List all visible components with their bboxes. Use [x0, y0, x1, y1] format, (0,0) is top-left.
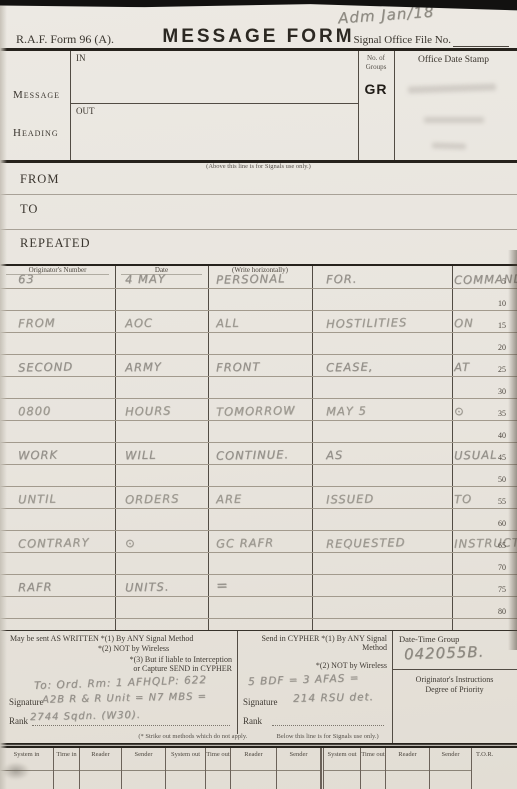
heading-label: Heading — [13, 127, 59, 139]
strike-note: (* Strike out methods which do not apply… — [0, 733, 517, 740]
message-word: ⊙ — [125, 536, 136, 550]
cypher-rule-2: Method — [243, 643, 387, 652]
message-word: SECOND — [18, 359, 73, 374]
to-annotation: To: Ord. Rm: 1 AFHQLP: 622 — [34, 674, 207, 692]
cypher-signature-label: Signature — [243, 697, 278, 707]
message-word: CONTINUE. — [216, 447, 289, 463]
ruled-line — [0, 194, 517, 195]
table-column: System out — [321, 748, 361, 789]
scan-edge-top — [0, 0, 517, 13]
footer-section: May be sent AS WRITTEN *(1) By ANY Signa… — [0, 630, 517, 734]
word-count: 20 — [498, 343, 506, 352]
message-word: 0800 — [18, 404, 52, 419]
message-word: ISSUED — [326, 491, 374, 506]
column-header: Sender — [277, 748, 320, 771]
message-word: ⊙ — [454, 404, 465, 418]
word-count: 5 — [502, 277, 506, 286]
cypher-rank-blank — [272, 725, 384, 726]
strike-note-1: (* Strike out methods which do not apply… — [138, 733, 247, 740]
as-written-rule-1: May be sent AS WRITTEN *(1) By ANY Signa… — [10, 634, 193, 643]
message-line: 70 — [0, 553, 517, 575]
table-column: System out — [166, 748, 206, 789]
column-header: System out — [166, 748, 205, 771]
cypher-rule-3: *(2) NOT by Wireless — [243, 661, 387, 670]
date-stamp-smudge — [432, 142, 466, 149]
message-line: 0800 HOURS TOMORROW MAY 5 ⊙ 35 — [0, 399, 517, 421]
word-count: 30 — [498, 387, 506, 396]
table-column: Sender — [430, 748, 472, 789]
column-header: Sender — [430, 748, 471, 771]
column-header: Sender — [122, 748, 165, 771]
table-cell — [122, 771, 165, 789]
word-count: 75 — [498, 585, 506, 594]
in-label: IN — [76, 53, 86, 63]
rank-blank — [32, 725, 230, 726]
message-word: ON — [454, 316, 474, 330]
table-cell — [430, 771, 471, 789]
rank-label: Rank — [9, 716, 28, 726]
address-section: (Above this line is for Signals use only… — [0, 163, 517, 264]
message-word: TO — [454, 492, 472, 506]
scan-blot — [2, 762, 30, 780]
table-cell — [231, 771, 276, 789]
message-word: HOURS — [125, 404, 172, 419]
message-word: AS — [326, 448, 343, 462]
table-column: Reader — [231, 748, 277, 789]
table-cell — [80, 771, 121, 789]
word-count: 60 — [498, 519, 506, 528]
word-count: 10 — [498, 299, 506, 308]
message-word: 63 — [18, 272, 35, 286]
scan-edge-left — [0, 0, 7, 789]
column-header: Time in — [54, 748, 79, 771]
raf-message-form-scan: Adm Jan/18 R.A.F. Form 96 (A). MESSAGE F… — [0, 0, 517, 789]
message-word: WILL — [125, 448, 157, 463]
as-written-rule-4: or Capture SEND in CYPHER — [0, 664, 232, 673]
word-count: 25 — [498, 365, 506, 374]
table-column: Sender — [277, 748, 321, 789]
message-line: 40 — [0, 421, 517, 443]
dtg-divider — [392, 669, 517, 670]
column-header: T.O.R. — [472, 748, 517, 770]
message-line: UNTIL ORDERS ARE ISSUED TO 55 — [0, 487, 517, 509]
table-cell — [166, 771, 205, 789]
message-word: MAY 5 — [326, 404, 367, 419]
message-word: WORK — [18, 448, 58, 463]
rank-annotation: 2744 Sqdn. (W30). — [30, 710, 141, 723]
cypher-signature-annotation: 214 RSU det. — [293, 691, 374, 705]
date-stamp-smudge — [408, 83, 496, 93]
message-word: FRONT — [216, 360, 261, 375]
table-column: Reader — [80, 748, 122, 789]
table-cell — [361, 771, 385, 789]
message-word: ARMY — [125, 360, 162, 375]
date-stamp-label: Office Date Stamp — [394, 55, 513, 65]
message-word: 4 MAY — [125, 272, 166, 287]
column-header: System out — [324, 748, 360, 771]
signals-service-table: System in Time in Reader Sender System o… — [0, 748, 517, 789]
column-header: Time out — [206, 748, 230, 771]
to-label: TO — [20, 202, 38, 217]
word-count: 80 — [498, 607, 506, 616]
table-column: Reader — [386, 748, 430, 789]
date-stamp-smudge — [424, 117, 484, 123]
message-line: 50 — [0, 465, 517, 487]
message-word: REQUESTED — [326, 535, 406, 551]
column-header: Time out — [361, 748, 385, 771]
unit-annotation: A2B R & R Unit = N7 MBS = — [42, 691, 207, 705]
column-header: Reader — [231, 748, 276, 771]
message-word: PERSONAL — [216, 271, 286, 286]
message-grid: Originator's Number Date (Write horizont… — [0, 266, 517, 630]
originators-instructions-label: Originator's Instructions — [392, 675, 517, 684]
message-line: 63 4 MAY PERSONAL FOR. COMMANDERS 5 — [0, 267, 517, 289]
ruled-line — [0, 229, 517, 230]
word-count: 65 — [498, 541, 506, 550]
word-count: 70 — [498, 563, 506, 572]
message-word: ORDERS — [125, 491, 180, 506]
divider — [394, 51, 395, 160]
word-count: 45 — [498, 453, 506, 462]
signals-only-note: (Above this line is for Signals use only… — [0, 163, 517, 170]
scan-edge-right — [508, 250, 517, 650]
message-word: UNITS. — [125, 580, 170, 595]
dtg-value: 042055B. — [404, 643, 485, 664]
file-number-blank — [453, 46, 509, 47]
from-label: FROM — [20, 172, 59, 187]
table-cell — [472, 770, 517, 789]
table-cell — [54, 771, 79, 789]
word-count: 50 — [498, 475, 506, 484]
message-word: = — [216, 578, 228, 594]
as-written-rule-3: *(3) But if liable to Interception — [0, 655, 232, 664]
message-word: CONTRARY — [18, 535, 90, 550]
message-word: FOR. — [326, 272, 358, 287]
divider — [237, 631, 238, 734]
routing-section: Message Heading IN OUT No. of Groups GR … — [0, 51, 517, 160]
message-line: 60 — [0, 509, 517, 531]
message-line: 80 — [0, 597, 517, 619]
dtg-label: Date-Time Group — [399, 634, 459, 644]
table-column: Sender — [122, 748, 166, 789]
as-written-rule-2: *(2) NOT by Wireless — [98, 644, 169, 653]
word-count: 40 — [498, 431, 506, 440]
column-header: Reader — [80, 748, 121, 771]
bdf-annotation: 5 BDF = 3 AFAS = — [248, 672, 360, 688]
table-cell — [206, 771, 230, 789]
cypher-rule-1: Send in CYPHER *(1) By ANY Signal — [243, 634, 387, 643]
table-column: T.O.R. — [472, 748, 517, 789]
message-word: TOMORROW — [216, 403, 296, 419]
form-header: R.A.F. Form 96 (A). MESSAGE FORM Signal … — [0, 24, 517, 48]
message-line: WORK WILL CONTINUE. AS USUAL 45 — [0, 443, 517, 465]
message-word: HOSTILITIES — [326, 315, 407, 331]
cypher-rank-label: Rank — [243, 716, 262, 726]
column-header: Reader — [386, 748, 429, 771]
message-line: CONTRARY ⊙ GC RAFR REQUESTED INSTRUCT 65 — [0, 531, 517, 553]
table-cell — [324, 771, 360, 789]
message-line: 30 — [0, 377, 517, 399]
message-line: SECOND ARMY FRONT CEASE, AT 25 — [0, 355, 517, 377]
message-word: UNTIL — [18, 492, 57, 507]
word-count: 55 — [498, 497, 506, 506]
table-column: Time out — [206, 748, 231, 789]
signature-label: Signature — [9, 697, 44, 707]
message-label: Message — [13, 89, 60, 101]
degree-of-priority-label: Degree of Priority — [392, 685, 517, 694]
message-word: ARE — [216, 492, 242, 507]
groups-value: GR — [358, 81, 394, 97]
message-word: AT — [454, 360, 470, 374]
repeated-label: REPEATED — [20, 236, 91, 251]
strike-note-2: Below this line is for Signals use only.… — [277, 733, 379, 740]
out-label: OUT — [76, 106, 95, 116]
message-line: 20 — [0, 333, 517, 355]
word-count: 35 — [498, 409, 506, 418]
file-number-label: Signal Office File No. — [353, 34, 451, 46]
message-word: ALL — [216, 316, 240, 330]
message-line: 10 — [0, 289, 517, 311]
groups-label-line1: No. of — [358, 54, 394, 62]
divider — [70, 51, 71, 160]
message-word: GC RAFR — [216, 535, 274, 550]
message-word: FROM — [18, 316, 56, 331]
message-word: CEASE, — [326, 360, 374, 375]
message-word: USUAL — [454, 448, 498, 463]
message-line: RAFR UNITS. = 75 — [0, 575, 517, 597]
message-line: FROM AOC ALL HOSTILITIES ON 15 — [0, 311, 517, 333]
in-out-divider — [70, 103, 358, 104]
word-count: 15 — [498, 321, 506, 330]
table-column: Time out — [361, 748, 386, 789]
message-word: AOC — [125, 316, 153, 331]
message-word: RAFR — [18, 580, 53, 595]
groups-label-line2: Groups — [358, 63, 394, 71]
table-cell — [277, 771, 320, 789]
table-column: Time in — [54, 748, 80, 789]
table-cell — [386, 771, 429, 789]
